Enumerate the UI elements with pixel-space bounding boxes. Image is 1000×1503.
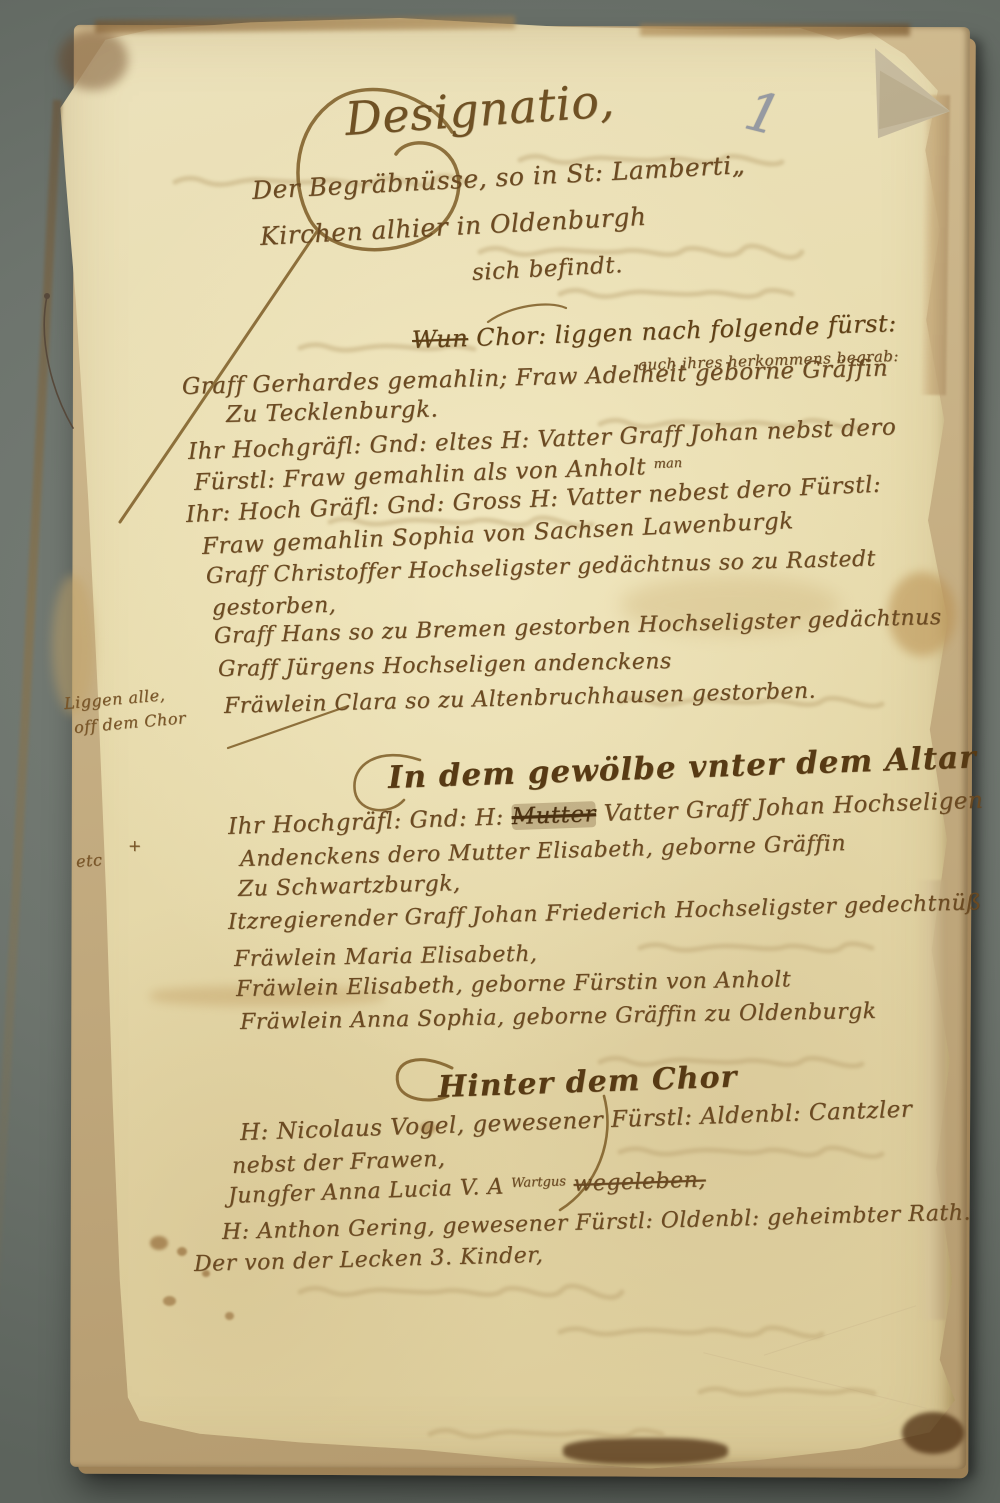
binding-thread	[44, 296, 73, 428]
margin-note: etc	[75, 850, 103, 871]
manuscript-line: Fräwlein Maria Elisabeth,	[234, 942, 538, 972]
inserted-word: man	[653, 456, 682, 472]
struck-word: Wun	[412, 324, 469, 354]
manuscript-line: gestorben,	[212, 593, 337, 621]
paper-edge-stain-left	[0, 100, 62, 1379]
struck-word: Mutter	[511, 801, 596, 830]
manuscript-photo: 1 Designatio, Der Begräbnüsse, so in St:…	[0, 0, 1000, 1503]
inserted-word: Wartgus	[511, 1174, 566, 1191]
struck-word: wegeleben,	[573, 1167, 706, 1197]
manuscript-line: Zu Tecklenburgk.	[226, 396, 439, 428]
binding-thread-knot	[44, 293, 50, 299]
margin-note: +	[128, 836, 142, 855]
